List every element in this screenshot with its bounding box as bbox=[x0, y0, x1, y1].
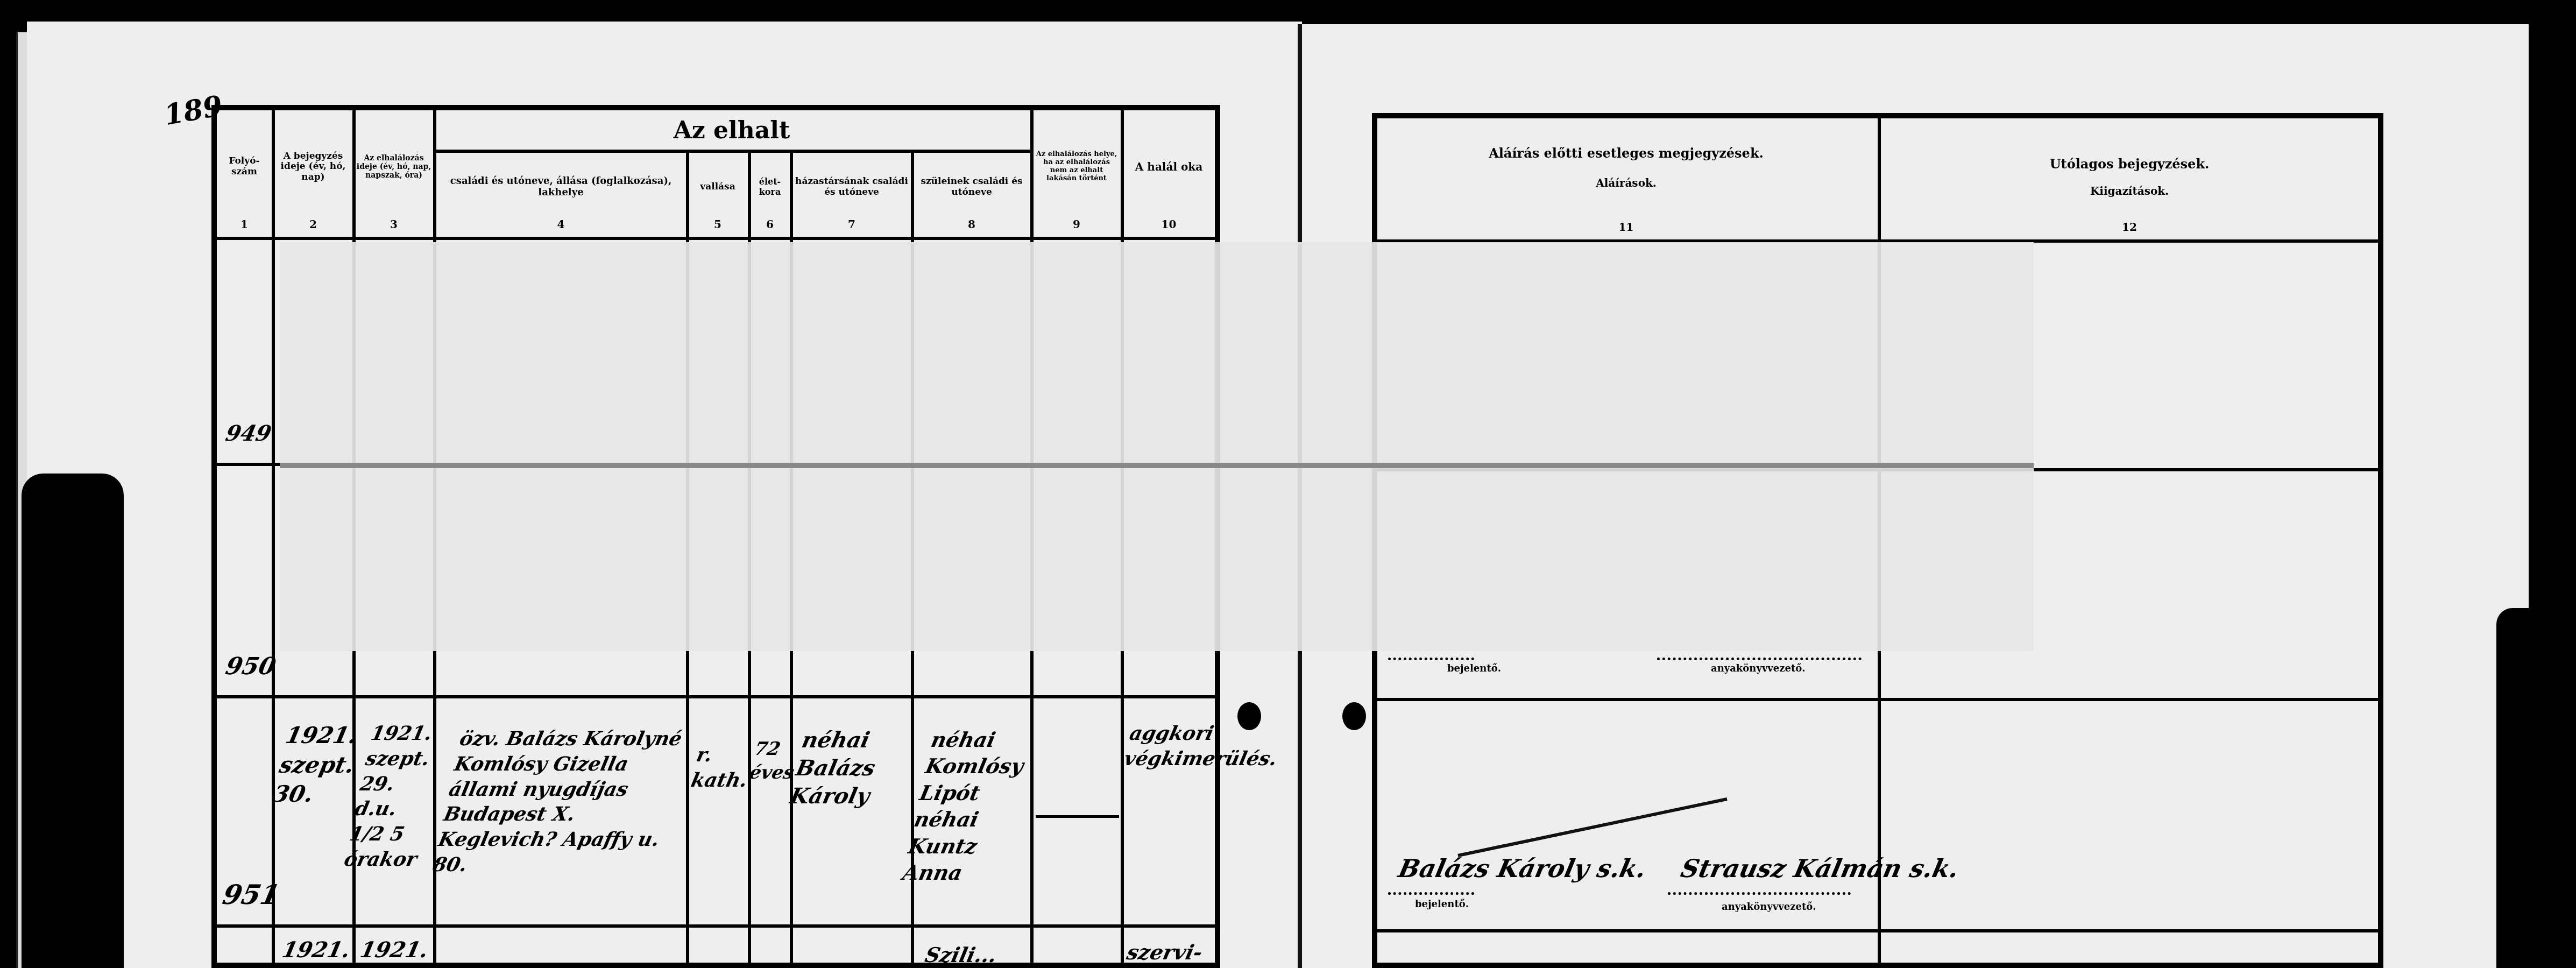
row-divider bbox=[215, 695, 1216, 698]
header-col3: Az elhalálozás ideje (év, hó, nap, napsz… bbox=[356, 113, 431, 221]
header-col5: vallása bbox=[690, 153, 746, 221]
redacted-entries-block bbox=[280, 242, 2034, 651]
signature-line bbox=[1388, 892, 1474, 895]
registrar-signature-951: Strausz Kálmán s.k. bbox=[1678, 853, 1962, 885]
signature-line bbox=[1657, 658, 1862, 660]
blurred-row-divider bbox=[280, 463, 2034, 468]
entry-949-number: 949 bbox=[223, 420, 274, 448]
declarant-signature-951: Balázs Károly s.k. bbox=[1396, 853, 1649, 885]
entry-952-registered: 1921. bbox=[279, 936, 352, 964]
col-number: 8 bbox=[915, 218, 1029, 231]
header-col8: szüleinek családi és utóneve bbox=[915, 153, 1029, 221]
row-divider bbox=[215, 924, 1216, 928]
entry-952-cause: szervi- bbox=[1124, 939, 1205, 965]
registrar-caption-951: anyakönyvvezető. bbox=[1722, 901, 1816, 913]
col-number: 4 bbox=[438, 218, 683, 231]
col-number: 9 bbox=[1034, 218, 1119, 231]
col11-title: Aláírás előtti esetleges megjegyzések. bbox=[1377, 140, 1875, 167]
signature-line bbox=[1668, 892, 1851, 895]
group-title: Az elhalt bbox=[436, 113, 1028, 149]
col-number: 1 bbox=[218, 218, 271, 231]
col-number: 12 bbox=[1882, 221, 2377, 234]
entry-951-religion: r. kath. bbox=[689, 743, 753, 793]
place-of-death-blank-line bbox=[1036, 815, 1119, 818]
col11-subtitle: Aláírások. bbox=[1377, 172, 1875, 194]
entry-952-died: 1921. bbox=[357, 936, 430, 964]
header-col4: családi és utóneve, állása (foglalkozása… bbox=[438, 153, 683, 221]
header-col9: Az elhalálozás helye, ha az elhalálozás … bbox=[1034, 113, 1119, 221]
entry-952-parents: Szili... bbox=[923, 942, 1000, 968]
registrar-caption-950: anyakönyvvezető. bbox=[1711, 663, 1806, 674]
signature-stroke bbox=[1453, 796, 1732, 861]
scan-shadow-left bbox=[22, 474, 124, 968]
binding-hole bbox=[1342, 702, 1366, 730]
row-divider bbox=[1376, 698, 2380, 701]
col-number: 2 bbox=[275, 218, 351, 231]
header-bottom-line bbox=[215, 237, 1216, 240]
group-divider bbox=[433, 150, 1032, 153]
col12-title: Utólagos bejegyzések. bbox=[1882, 151, 2377, 178]
entry-951-spouse: néhai Balázs Károly bbox=[787, 726, 918, 810]
row-divider bbox=[1376, 929, 2380, 932]
header-col1: Folyó-szám bbox=[218, 113, 271, 221]
binding-hole bbox=[1237, 702, 1261, 730]
header-col6: élet-kora bbox=[752, 153, 788, 221]
header-col7: házastársának családi és utóneve bbox=[794, 153, 909, 221]
col-number: 11 bbox=[1377, 221, 1875, 234]
entry-951-number: 951 bbox=[220, 877, 283, 912]
signature-line bbox=[1388, 658, 1474, 660]
scan-shadow-right bbox=[2496, 608, 2576, 968]
entry-951-cause: aggkori végkimerülés. bbox=[1122, 721, 1221, 772]
col-number: 6 bbox=[752, 218, 788, 231]
header-col2: A bejegyzés ideje (év, hó, nap) bbox=[275, 113, 351, 221]
col-number: 10 bbox=[1124, 218, 1213, 231]
header-col10: A halál oka bbox=[1124, 113, 1213, 221]
declarant-caption-950: bejelentő. bbox=[1447, 663, 1501, 674]
entry-950-number: 950 bbox=[223, 651, 279, 682]
declarant-caption-951: bejelentő. bbox=[1415, 899, 1469, 910]
col-number: 3 bbox=[356, 218, 431, 231]
col12-subtitle: Kiigazítások. bbox=[1882, 180, 2377, 202]
col-number: 5 bbox=[690, 218, 746, 231]
entry-951-name: özv. Balázs Károlyné Komlósy Gizella áll… bbox=[430, 726, 699, 878]
col-number: 7 bbox=[794, 218, 909, 231]
